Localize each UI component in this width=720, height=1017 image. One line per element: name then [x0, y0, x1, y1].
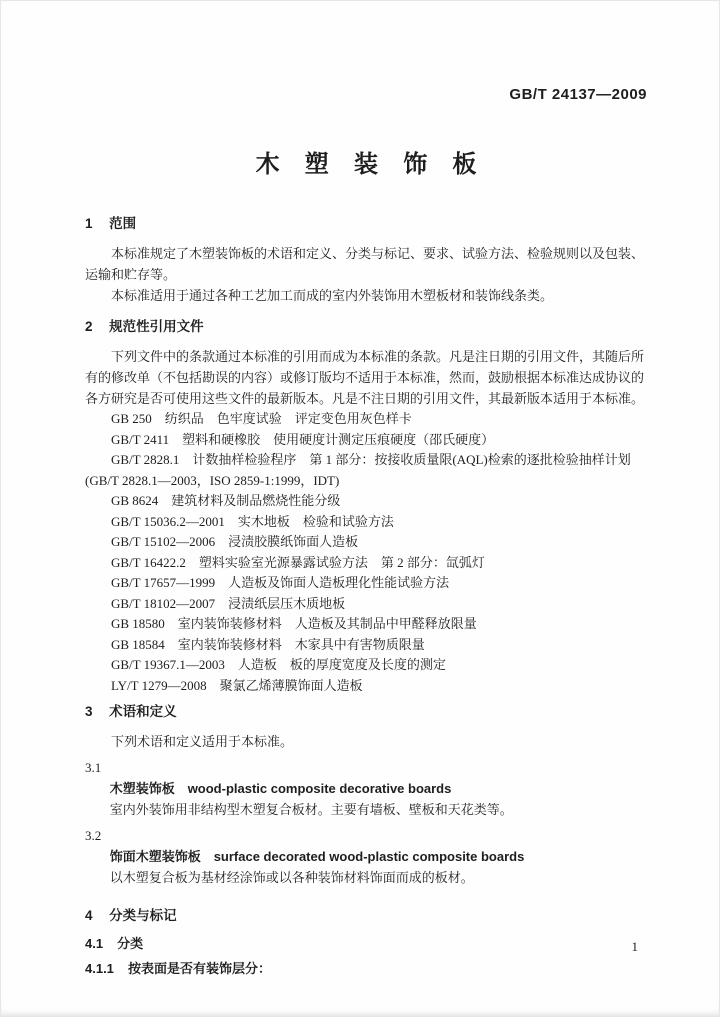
document-title: 木塑装饰板	[85, 150, 647, 180]
clause-2-heading: 2 规范性引用文件	[85, 317, 647, 337]
clause-4-1-1-number: 4.1.1	[85, 961, 114, 976]
term-entry: 3.1 木塑装饰板 wood-plastic composite decorat…	[85, 757, 647, 820]
page-number: 1	[632, 938, 639, 956]
clause-2-number: 2	[85, 319, 93, 334]
clause-1-number: 1	[85, 216, 93, 231]
term-name: 饰面木塑装饰板 surface decorated wood-plastic c…	[85, 846, 647, 867]
reference-item: GB/T 17657—1999 人造板及饰面人造板理化性能试验方法	[85, 573, 647, 594]
clause-4-classification-marking: 4 分类与标记 4.1 分类 4.1.1 按表面是否有装饰层分：	[85, 906, 647, 979]
clause-4-heading: 4 分类与标记	[85, 906, 647, 926]
reference-item: GB/T 18102—2007 浸渍纸层压木质地板	[85, 594, 647, 615]
reference-item: LY/T 1279—2008 聚氯乙烯薄膜饰面人造板	[85, 676, 647, 697]
references-intro: 下列文件中的条款通过本标准的引用而成为本标准的条款。凡是注日期的引用文件，其随后…	[85, 346, 647, 409]
clause-4-1-number: 4.1	[85, 936, 103, 951]
term-definition: 室内外装饰用非结构型木塑复合板材。主要有墙板、壁板和天花类等。	[85, 799, 647, 820]
scope-paragraph-1: 本标准规定了木塑装饰板的术语和定义、分类与标记、要求、试验方法、检验规则以及包装…	[85, 243, 647, 285]
reference-item: GB 18584 室内装饰装修材料 木家具中有害物质限量	[85, 635, 647, 656]
clause-3-number: 3	[85, 704, 93, 719]
document-page: GB/T 24137—2009 木塑装饰板 1 范围 本标准规定了木塑装饰板的术…	[0, 0, 720, 1017]
reference-item: GB 18580 室内装饰装修材料 人造板及其制品中甲醛释放限量	[85, 614, 647, 635]
term-entry: 3.2 饰面木塑装饰板 surface decorated wood-plast…	[85, 825, 647, 888]
reference-item: GB 250 纺织品 色牢度试验 评定变色用灰色样卡	[85, 409, 647, 430]
clause-4-1-1-heading: 4.1.1 按表面是否有装饰层分：	[85, 959, 647, 979]
reference-item: GB/T 16422.2 塑料实验室光源暴露试验方法 第 2 部分：氙弧灯	[85, 553, 647, 574]
terms-intro: 下列术语和定义适用于本标准。	[85, 731, 647, 752]
reference-list: GB 250 纺织品 色牢度试验 评定变色用灰色样卡 GB/T 2411 塑料和…	[85, 409, 647, 696]
reference-item: GB/T 15102—2006 浸渍胶膜纸饰面人造板	[85, 532, 647, 553]
standard-code: GB/T 24137—2009	[85, 86, 647, 104]
clause-3-heading: 3 术语和定义	[85, 702, 647, 722]
clause-3-terms-definitions: 3 术语和定义 下列术语和定义适用于本标准。 3.1 木塑装饰板 wood-pl…	[85, 702, 647, 888]
reference-item: GB/T 2411 塑料和硬橡胶 使用硬度计测定压痕硬度（邵氏硬度）	[85, 430, 647, 451]
reference-item: GB/T 19367.1—2003 人造板 板的厚度宽度及长度的测定	[85, 655, 647, 676]
clause-2-normative-references: 2 规范性引用文件 下列文件中的条款通过本标准的引用而成为本标准的条款。凡是注日…	[85, 317, 647, 696]
term-number: 3.1	[85, 757, 647, 778]
scope-paragraph-2: 本标准适用于通过各种工艺加工而成的室内外装饰用木塑板材和装饰线条类。	[85, 285, 647, 306]
reference-item: GB/T 15036.2—2001 实木地板 检验和试验方法	[85, 512, 647, 533]
clause-1-title: 范围	[109, 216, 136, 231]
term-number: 3.2	[85, 825, 647, 846]
clause-1-scope: 1 范围 本标准规定了木塑装饰板的术语和定义、分类与标记、要求、试验方法、检验规…	[85, 214, 647, 306]
clause-4-1-heading: 4.1 分类	[85, 934, 647, 954]
term-name: 木塑装饰板 wood-plastic composite decorative …	[85, 778, 647, 799]
clause-1-heading: 1 范围	[85, 214, 647, 234]
clause-2-title: 规范性引用文件	[109, 319, 204, 334]
clause-4-number: 4	[85, 908, 93, 923]
term-definition: 以木塑复合板为基材经涂饰或以各种装饰材料饰面而成的板材。	[85, 867, 647, 888]
reference-item: GB/T 2828.1 计数抽样检验程序 第 1 部分：按接收质量限(AQL)检…	[85, 450, 647, 491]
clause-4-1-1-title: 按表面是否有装饰层分：	[128, 961, 271, 976]
clause-4-title: 分类与标记	[109, 908, 177, 923]
clause-3-title: 术语和定义	[109, 704, 177, 719]
reference-item: GB 8624 建筑材料及制品燃烧性能分级	[85, 491, 647, 512]
clause-4-1-title: 分类	[117, 936, 143, 951]
